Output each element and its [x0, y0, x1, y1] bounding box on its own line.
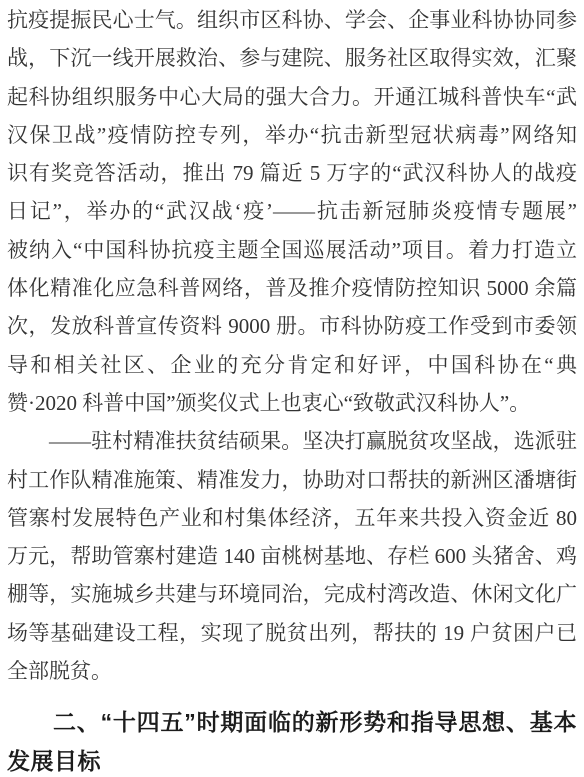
- text-line: 村工作队精准施策、精准发力，协助对口帮扶的新洲区潘塘街: [7, 461, 577, 499]
- heading-line: 二、“十四五”时期面临的新形势和指导思想、基本原则、: [7, 703, 577, 741]
- text-line: 导和相关社区、企业的充分肯定和好评，中国科协在“典: [7, 346, 577, 384]
- text-line: ——驻村精准扶贫结硕果。坚决打赢脱贫攻坚战，选派驻: [7, 422, 577, 460]
- section-heading: 二、“十四五”时期面临的新形势和指导思想、基本原则、 发展目标: [7, 703, 577, 777]
- text-line: 体化精准化应急科普网络，普及推介疫情防控知识 5000 余篇: [7, 269, 577, 307]
- text-line: 战，下沉一线开展救治、参与建院、服务社区取得实效，汇聚: [7, 39, 577, 77]
- paragraph-poverty-alleviation: ——驻村精准扶贫结硕果。坚决打赢脱贫攻坚战，选派驻 村工作队精准施策、精准发力，…: [7, 422, 577, 690]
- text-line: 识有奖竞答活动，推出 79 篇近 5 万字的“武汉科协人的战疫: [7, 154, 577, 192]
- text-line: 万元，帮助管寨村建造 140 亩桃树基地、存栏 600 头猪舍、鸡: [7, 537, 577, 575]
- text-line: 次，发放科普宣传资料 9000 册。市科协防疫工作受到市委领: [7, 307, 577, 345]
- text-line: 全部脱贫。: [7, 652, 577, 690]
- text-line: 赞·2020 科普中国”颁奖仪式上也衷心“致敬武汉科协人”。: [7, 384, 577, 422]
- text-line: 抗疫提振民心士气。组织市区科协、学会、企事业科协协同参: [7, 1, 577, 39]
- text-line: 汉保卫战”疫情防控专列，举办“抗击新型冠状病毒”网络知: [7, 116, 577, 154]
- text-line: 棚等，实施城乡共建与环境同治，完成村湾改造、休闲文化广: [7, 575, 577, 613]
- text-line: 管寨村发展特色产业和村集体经济，五年来共投入资金近 80: [7, 499, 577, 537]
- text-line: 场等基础建设工程，实现了脱贫出列，帮扶的 19 户贫困户已: [7, 614, 577, 652]
- heading-line: 发展目标: [7, 742, 577, 777]
- text-line: 日记”，举办的“武汉战‘疫’——抗击新冠肺炎疫情专题展”: [7, 192, 577, 230]
- paragraph-epidemic-response: 抗疫提振民心士气。组织市区科协、学会、企事业科协协同参 战，下沉一线开展救治、参…: [7, 1, 577, 422]
- text-line: 起科协组织服务中心大局的强大合力。开通江城科普快车“武: [7, 78, 577, 116]
- document-page: 抗疫提振民心士气。组织市区科协、学会、企事业科协协同参 战，下沉一线开展救治、参…: [0, 0, 584, 777]
- text-line: 被纳入“中国科协抗疫主题全国巡展活动”项目。着力打造立: [7, 231, 577, 269]
